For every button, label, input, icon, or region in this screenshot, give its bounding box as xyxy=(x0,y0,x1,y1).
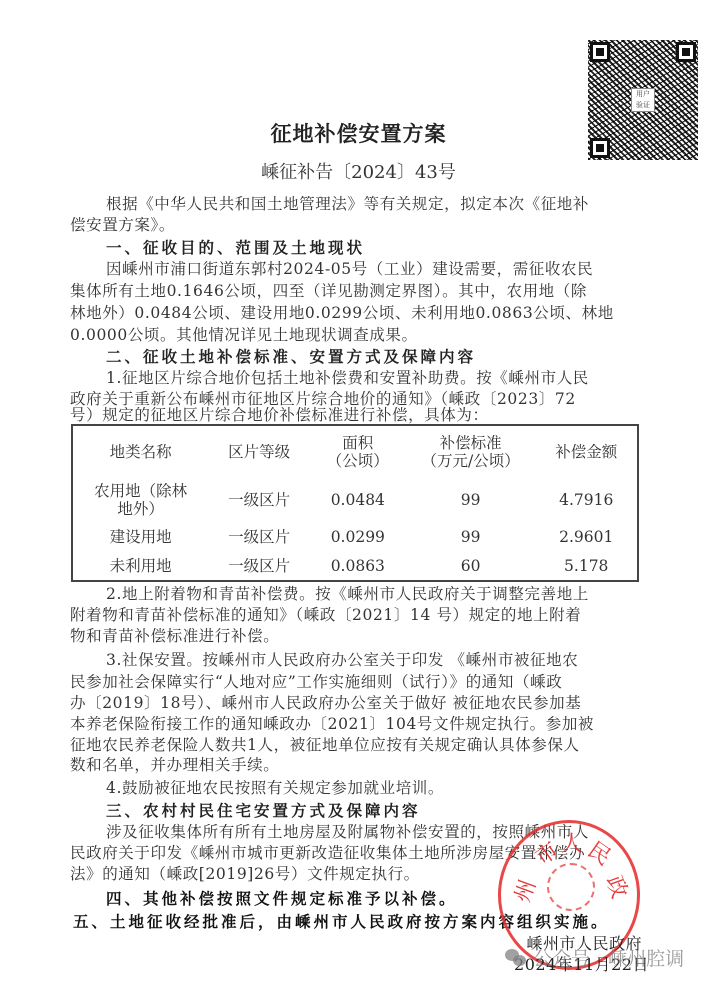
table-row: 建设用地 一级区片 0.0299 99 2.9601 xyxy=(73,522,637,552)
seal-emblem-icon xyxy=(547,863,595,911)
paragraph-line: 4.鼓励被征地农民按照有关规定参加就业培训。 xyxy=(106,778,681,799)
paragraph-line: 办〔2019〕18号）、嵊州市人民政府办公室关于做好 被征地农民参加基 xyxy=(70,693,645,714)
cell-zone-grade: 一级区片 xyxy=(208,552,310,580)
column-header-amount: 补偿金额 xyxy=(535,426,637,478)
section-heading: 二、征收土地补偿标准、安置方式及保障内容 xyxy=(106,346,681,367)
table-row: 未利用地 一级区片 0.0863 60 5.178 xyxy=(73,552,637,580)
cell-area: 0.0863 xyxy=(310,552,406,580)
paragraph-line: 集体所有土地0.1646公顷，四至（详见勘测定界图）。其中，农用地（除 xyxy=(70,281,645,302)
column-header-land-type: 地类名称 xyxy=(73,426,208,478)
cell-zone-grade: 一级区片 xyxy=(208,478,310,522)
seal-char: 人 xyxy=(561,827,583,858)
watermark: 公众号 · 嵊州腔调 xyxy=(505,944,684,971)
paragraph-line: 本养老保险衔接工作的通知嵊政办〔2021〕104号文件规定执行。参加被 xyxy=(70,714,645,735)
document-title: 征地补偿安置方案 xyxy=(0,118,717,148)
cell-land-type: 建设用地 xyxy=(73,522,208,552)
paragraph-line: 号）规定的征地区片综合地价补偿标准进行补偿，具体为： xyxy=(70,405,645,426)
qr-center-logo: 用户 验证 xyxy=(631,88,655,112)
wechat-icon xyxy=(505,949,527,967)
cell-amount: 4.7916 xyxy=(535,478,637,522)
section-heading: 一、征收目的、范围及土地现状 xyxy=(106,237,681,258)
paragraph-line: 2.地上附着物和青苗补偿费。按《嵊州市人民政府关于调整完善地上 xyxy=(106,584,681,605)
paragraph-line: 根据《中华人民共和国土地管理法》等有关规定，拟定本次《征地补 xyxy=(106,194,681,215)
cell-area: 0.0484 xyxy=(310,478,406,522)
paragraph-line: 林地外）0.0484公顷、建设用地0.0299公顷、未利用地0.0863公顷、林… xyxy=(70,303,645,324)
paragraph-line: 3.社保安置。按嵊州市人民政府办公室关于印发 《嵊州市被征地农 xyxy=(106,650,681,671)
paragraph-line: 民参加社会保障实行“人地对应”工作实施细则（试行）》的通知（嵊政 xyxy=(70,672,645,693)
seal-char: 州 xyxy=(506,875,543,906)
paragraph-line: 征地农民养老保险人数共1人，被征地单位应按有关规定确认具体参保人 xyxy=(70,735,645,756)
column-header-standard: 补偿标准 （万元/公顷） xyxy=(406,426,536,478)
section-heading: 三、农村村民住宅安置方式及保障内容 xyxy=(106,800,681,821)
column-header-zone-grade: 区片等级 xyxy=(208,426,310,478)
seal-char: 民 xyxy=(582,833,618,871)
paragraph-line: 物和青苗补偿标准进行补偿。 xyxy=(70,626,645,647)
paragraph-line: 1.征地区片综合地价包括土地补偿费和安置补助费。按《嵊州市人民 xyxy=(106,368,681,389)
paragraph-line: 附着物和青苗补偿标准的通知》（嵊政〔2021〕14 号）规定的地上附着 xyxy=(70,605,645,626)
compensation-table: 地类名称 区片等级 面积 （公顷） 补偿标准 （万元/公顷） 补偿金额 农用地（… xyxy=(71,424,639,582)
watermark-text: 公众号 · 嵊州腔调 xyxy=(533,944,684,971)
paragraph-line: 数和名单，并办理相关手续。 xyxy=(70,755,645,776)
seal-char: 政 xyxy=(600,871,637,902)
paragraph-line: 因嵊州市浦口街道东郭村2024-05号（工业）建设需要，需征收农民 xyxy=(106,259,681,280)
cell-amount: 5.178 xyxy=(535,552,637,580)
column-header-area: 面积 （公顷） xyxy=(310,426,406,478)
cell-standard: 99 xyxy=(406,478,536,522)
cell-area: 0.0299 xyxy=(310,522,406,552)
qr-finder-icon xyxy=(590,42,610,62)
document-number: 嵊征补告〔2024〕43号 xyxy=(0,158,717,184)
cell-land-type: 未利用地 xyxy=(73,552,208,580)
qr-finder-icon xyxy=(676,42,696,62)
paragraph-line: 偿安置方案》。 xyxy=(70,215,645,236)
cell-amount: 2.9601 xyxy=(535,522,637,552)
cell-zone-grade: 一级区片 xyxy=(208,522,310,552)
paragraph-line: 0.0000公顷。其他情况详见土地现状调查成果。 xyxy=(70,325,645,346)
cell-standard: 99 xyxy=(406,522,536,552)
cell-land-type: 农用地（除林 地外） xyxy=(73,478,208,522)
cell-standard: 60 xyxy=(406,552,536,580)
table-row: 农用地（除林 地外） 一级区片 0.0484 99 4.7916 xyxy=(73,478,637,522)
